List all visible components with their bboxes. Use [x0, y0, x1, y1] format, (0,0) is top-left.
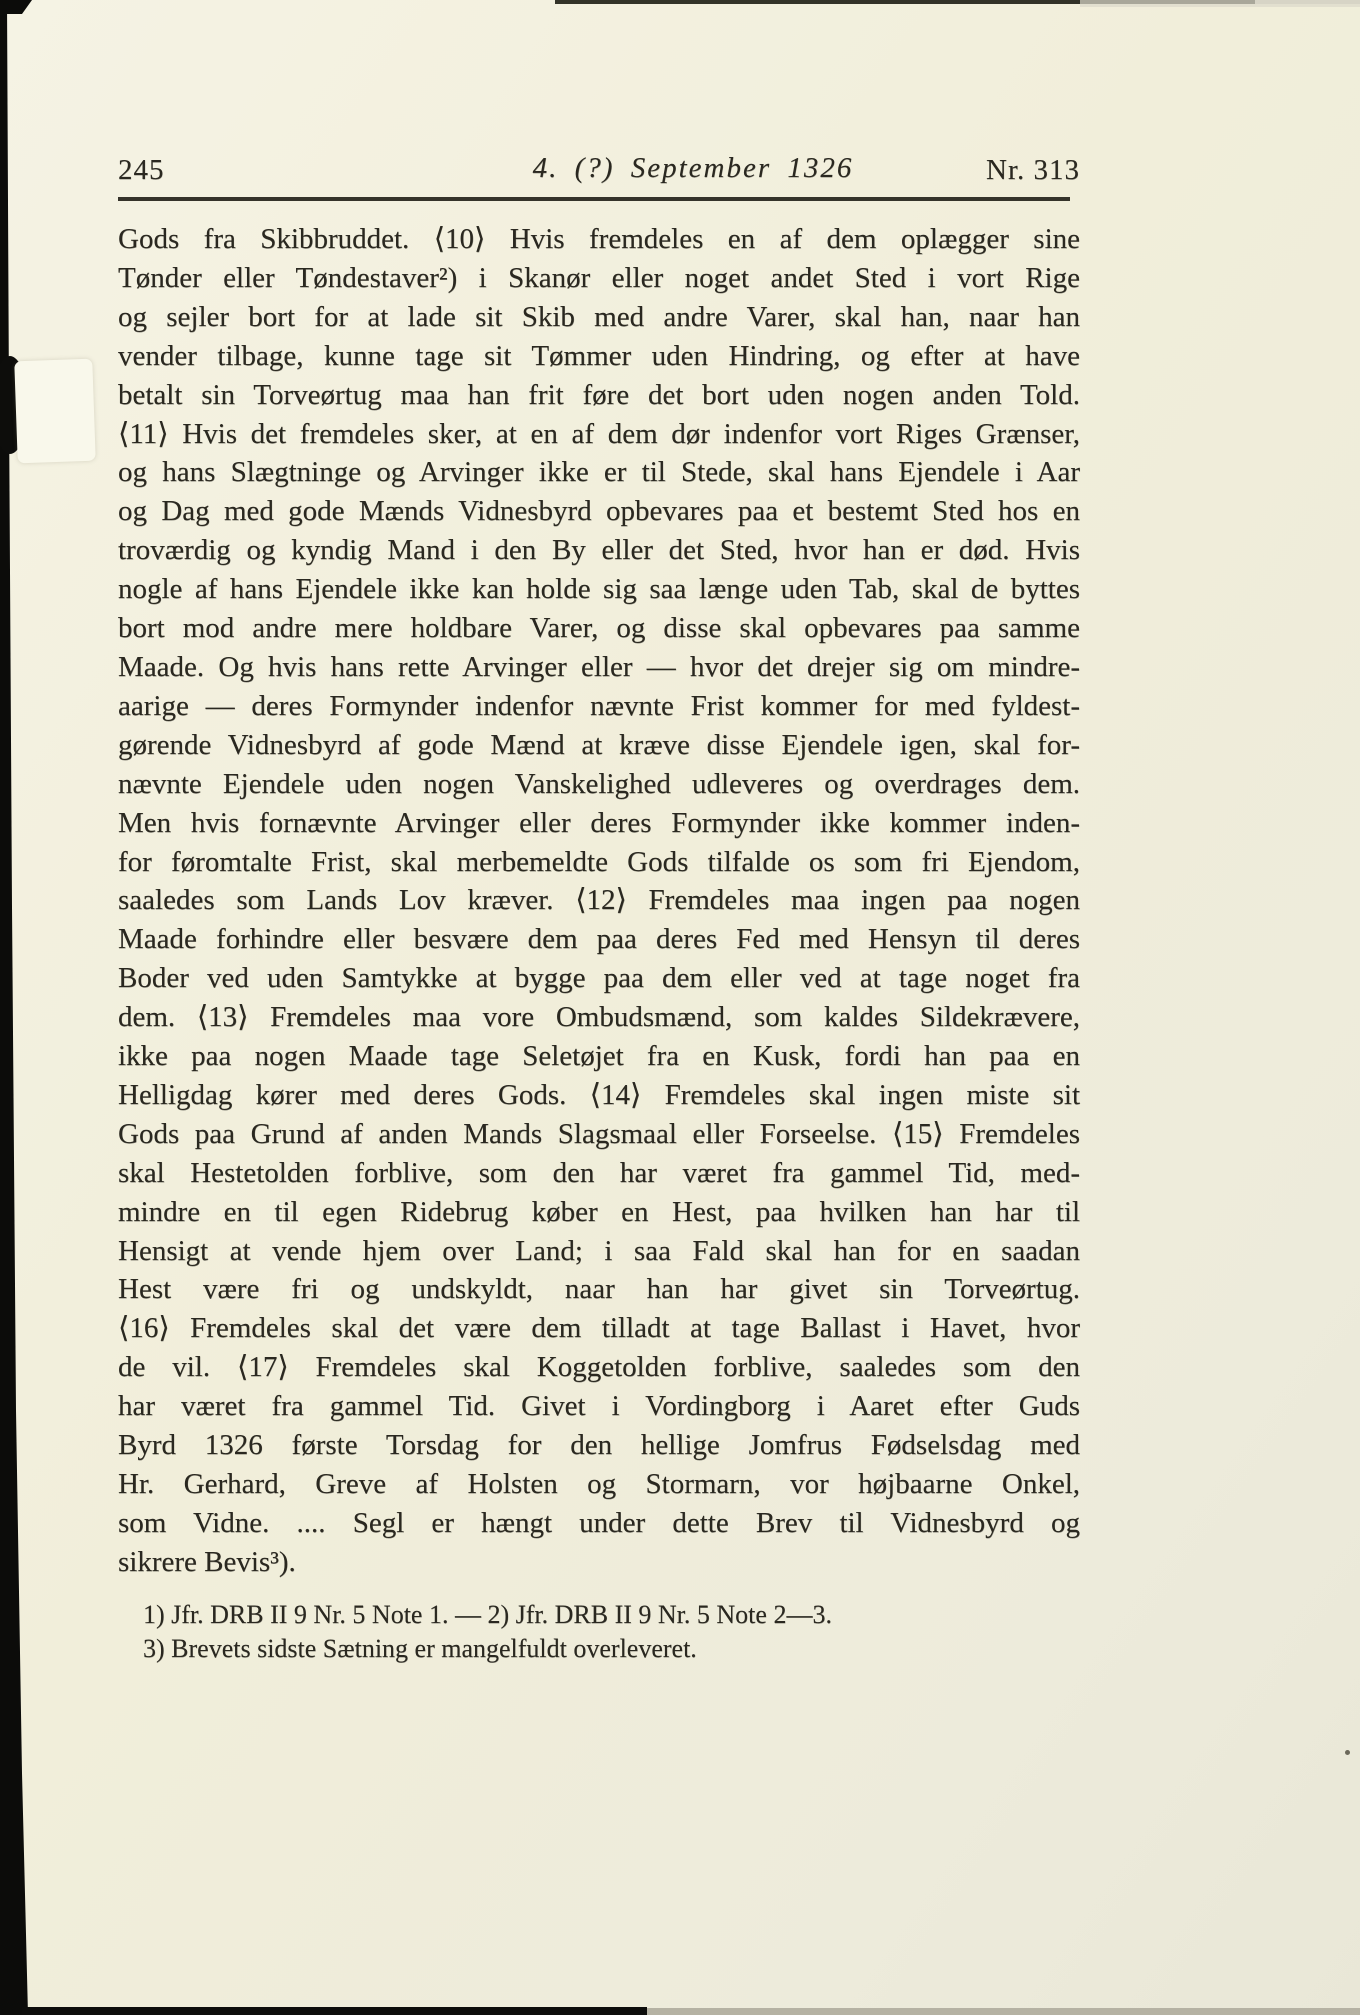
- paper-repair-patch: [14, 359, 96, 464]
- text-line: og sejler bort for at lade sit Skib med …: [118, 298, 1080, 337]
- text-line: troværdig og kyndig Mand i den By eller …: [118, 531, 1080, 570]
- text-line: og Dag med gode Mænds Vidnesbyrd opbevar…: [118, 492, 1080, 531]
- paper-speck: [1345, 1750, 1350, 1755]
- text-line: som Vidne. .... Segl er hængt under dett…: [118, 1504, 1080, 1543]
- text-line: Helligdag kører med deres Gods. ⟨14⟩ Fre…: [118, 1076, 1080, 1115]
- scan-bar-bottom-grey: [647, 2008, 1360, 2015]
- text-line: de vil. ⟨17⟩ Fremdeles skal Koggetolden …: [118, 1348, 1080, 1387]
- text-line: saaledes som Lands Lov kræver. ⟨12⟩ Frem…: [118, 881, 1080, 920]
- book-page-scan: 245 4. (?) September 1326 Nr. 313 Gods f…: [0, 0, 1360, 2015]
- scan-edge-left: [0, 0, 28, 2015]
- text-line: Hensigt at vende hjem over Land; i saa F…: [118, 1232, 1080, 1271]
- text-line: 3) Brevets sidste Sætning er mangelfuldt…: [143, 1632, 1063, 1666]
- text-line: ⟨16⟩ Fremdeles skal det være dem tilladt…: [118, 1309, 1080, 1348]
- page-header: 245 4. (?) September 1326 Nr. 313: [118, 140, 1080, 188]
- text-line: nogle af hans Ejendele ikke kan holde si…: [118, 570, 1080, 609]
- document-number: Nr. 313: [986, 154, 1080, 187]
- text-line: har været fra gammel Tid. Givet i Vordin…: [118, 1387, 1080, 1426]
- text-line: ⟨11⟩ Hvis det fremdeles sker, at en af d…: [118, 415, 1080, 454]
- scan-bar-bottom-black: [22, 2007, 647, 2015]
- header-rule: [118, 197, 1070, 201]
- text-line: Maade forhindre eller besvære dem paa de…: [118, 920, 1080, 959]
- text-line: mindre en til egen Ridebrug køber en Hes…: [118, 1193, 1080, 1232]
- text-line: Tønder eller Tøndestaver²) i Skanør elle…: [118, 259, 1080, 298]
- text-line: 1) Jfr. DRB II 9 Nr. 5 Note 1. — 2) Jfr.…: [143, 1598, 1063, 1632]
- text-line: Boder ved uden Samtykke at bygge paa dem…: [118, 959, 1080, 998]
- text-line: og hans Slægtninge og Arvinger ikke er t…: [118, 453, 1080, 492]
- text-line: betalt sin Torveørtug maa han frit føre …: [118, 376, 1080, 415]
- text-line: Gods fra Skibbruddet. ⟨10⟩ Hvis fremdele…: [118, 220, 1080, 259]
- page-number: 245: [118, 154, 165, 187]
- scan-tint-top-right: [1080, 0, 1360, 7]
- text-line: sikrere Bevis³).: [118, 1543, 1080, 1582]
- text-line: Maade. Og hvis hans rette Arvinger eller…: [118, 648, 1080, 687]
- text-line: Hr. Gerhard, Greve af Holsten og Stormar…: [118, 1465, 1080, 1504]
- text-line: Gods paa Grund af anden Mands Slagsmaal …: [118, 1115, 1080, 1154]
- text-line: gørende Vidnesbyrd af gode Mænd at kræve…: [118, 726, 1080, 765]
- text-line: Byrd 1326 første Torsdag for den hellige…: [118, 1426, 1080, 1465]
- text-line: ikke paa nogen Maade tage Seletøjet fra …: [118, 1037, 1080, 1076]
- text-line: for føromtalte Frist, skal merbemeldte G…: [118, 843, 1080, 882]
- footnotes: 1) Jfr. DRB II 9 Nr. 5 Note 1. — 2) Jfr.…: [143, 1598, 1063, 1666]
- text-line: Hest være fri og undskyldt, naar han har…: [118, 1270, 1080, 1309]
- document-body: Gods fra Skibbruddet. ⟨10⟩ Hvis fremdele…: [118, 220, 1080, 1582]
- text-line: Men hvis fornævnte Arvinger eller deres …: [118, 804, 1080, 843]
- text-line: skal Hestetolden forblive, som den har v…: [118, 1154, 1080, 1193]
- scan-corner-top-left: [0, 0, 32, 14]
- running-head-date: 4. (?) September 1326: [458, 152, 928, 185]
- text-line: vender tilbage, kunne tage sit Tømmer ud…: [118, 337, 1080, 376]
- text-line: bort mod andre mere holdbare Varer, og d…: [118, 609, 1080, 648]
- text-line: aarige — deres Formynder indenfor nævnte…: [118, 687, 1080, 726]
- text-line: dem. ⟨13⟩ Fremdeles maa vore Ombudsmænd,…: [118, 998, 1080, 1037]
- text-line: nævnte Ejendele uden nogen Vanskelighed …: [118, 765, 1080, 804]
